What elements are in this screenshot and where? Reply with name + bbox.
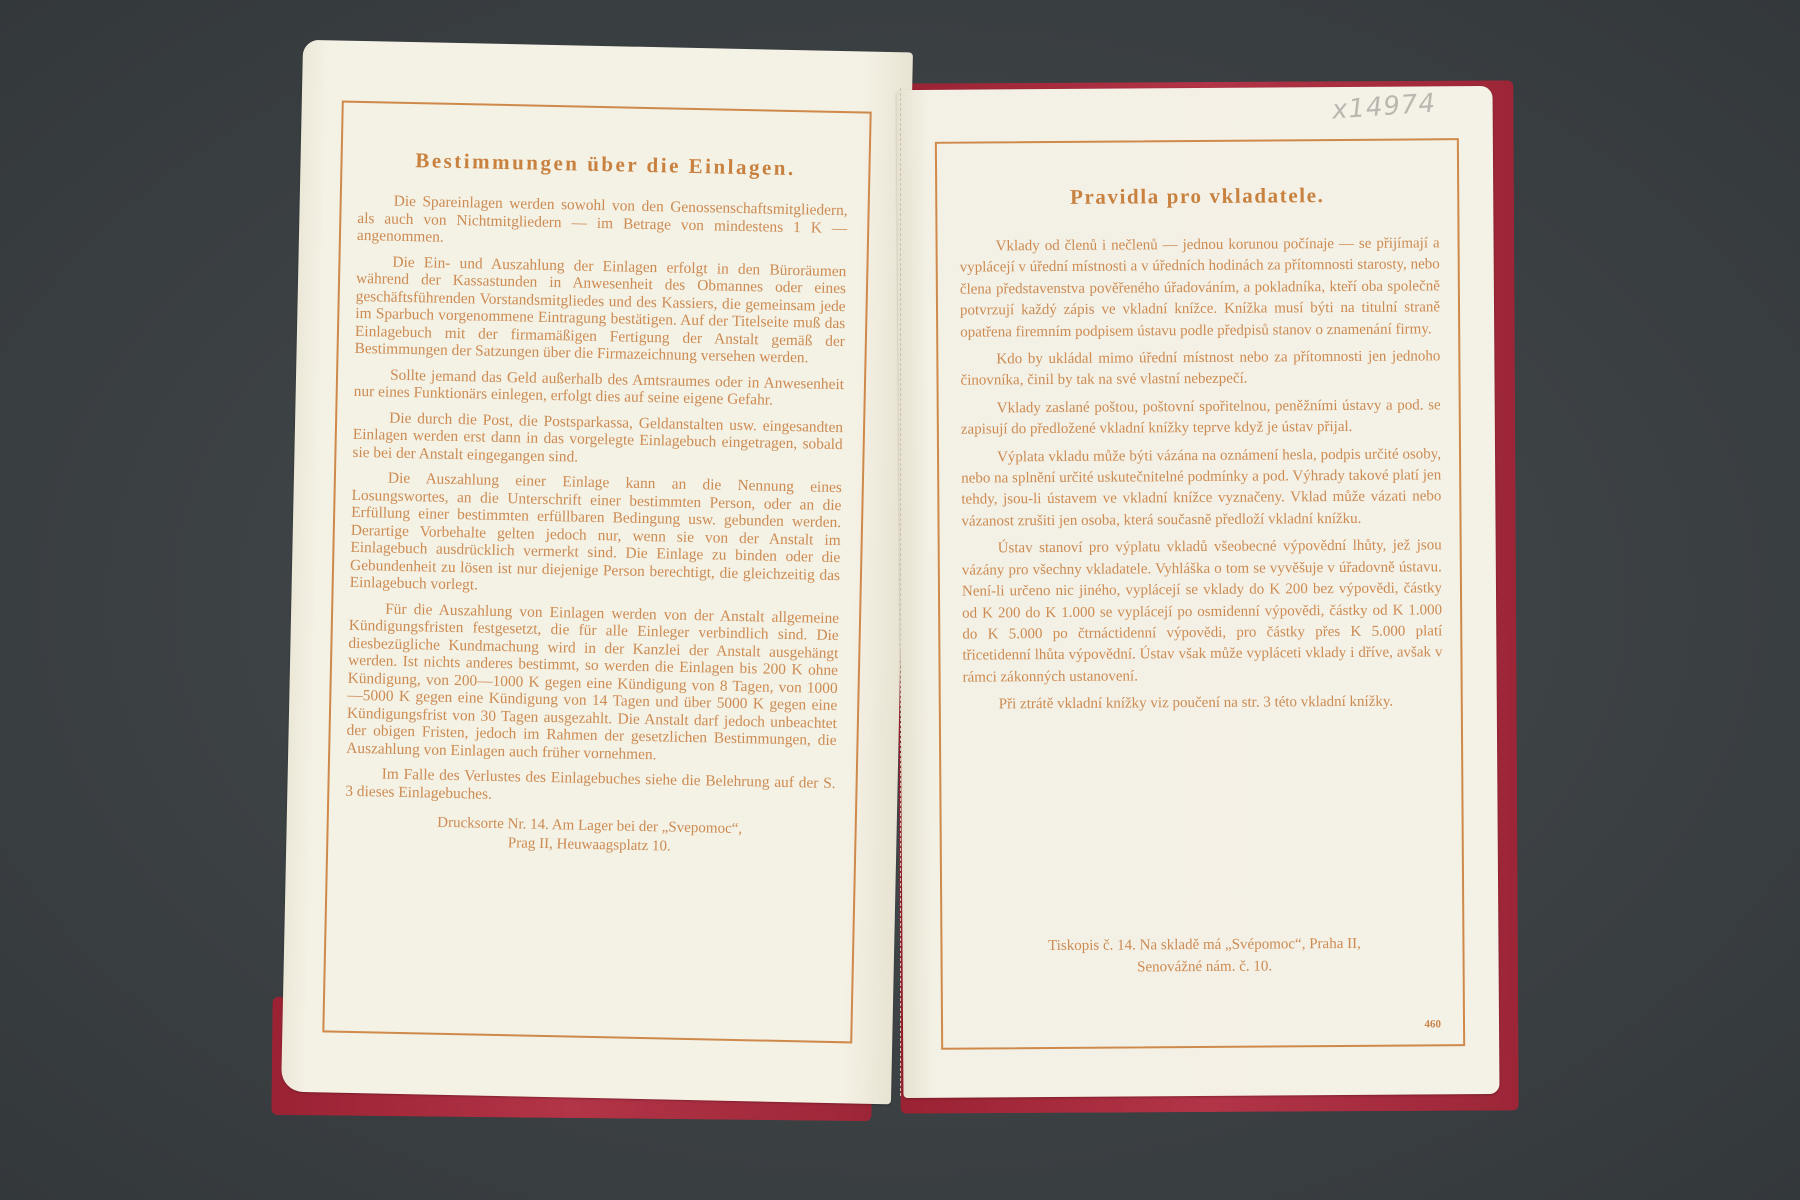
right-imprint-line2: Senovážné nám. č. 10.: [965, 954, 1445, 979]
left-page: Bestimmungen über die Einlagen. Die Spar…: [281, 40, 913, 1105]
book-gutter: [900, 88, 905, 1096]
left-paragraph: Die Spareinlagen werden sowohl von den G…: [357, 192, 848, 255]
right-paragraph: Vklady od členů i nečlenů — jednou korun…: [960, 233, 1441, 343]
left-paragraph: Die Ein- und Auszahlung der Einlagen erf…: [354, 252, 846, 367]
left-page-frame: Bestimmungen über die Einlagen. Die Spar…: [322, 101, 871, 1044]
page-number: 460: [1424, 1018, 1441, 1030]
left-paragraph: Die Auszahlung einer Einlage kann an die…: [350, 469, 842, 602]
left-imprint: Drucksorte Nr. 14. Am Lager bei der „Sve…: [344, 812, 835, 860]
left-page-body: Die Spareinlagen werden sowohl von den G…: [328, 192, 868, 861]
right-page-title: Pravidla pro vkladatele.: [937, 182, 1457, 211]
left-page-title: Bestimmungen über die Einlagen.: [342, 147, 868, 183]
left-paragraph: Sollte jemand das Geld außerhalb des Amt…: [354, 365, 845, 410]
left-paragraph: Im Falle des Verlustes des Einlagebuches…: [345, 765, 836, 810]
left-paragraph: Die durch die Post, die Postsparkassa, G…: [352, 408, 843, 471]
right-page-body: Vklady od členů i nečlenů — jednou korun…: [938, 233, 1461, 716]
right-paragraph: Kdo by ukládal mimo úřední místnost nebo…: [960, 346, 1440, 392]
right-page: Pravidla pro vkladatele. Vklady od členů…: [896, 86, 1499, 1098]
right-page-frame: Pravidla pro vkladatele. Vklady od členů…: [935, 138, 1465, 1050]
right-paragraph: Při ztrátě vkladní knížky viz poučení na…: [963, 691, 1443, 716]
right-paragraph: Ústav stanoví pro výplatu vkladů všeobec…: [962, 536, 1443, 689]
left-paragraph: Für die Auszahlung von Einlagen werden v…: [346, 599, 839, 767]
right-imprint: Tiskopis č. 14. Na skladě má „Svépomoc“,…: [964, 932, 1444, 979]
right-paragraph: Vklady zaslané poštou, poštovní spořitel…: [961, 395, 1441, 441]
right-paragraph: Výplata vkladu může býti vázána na oznám…: [961, 444, 1442, 533]
